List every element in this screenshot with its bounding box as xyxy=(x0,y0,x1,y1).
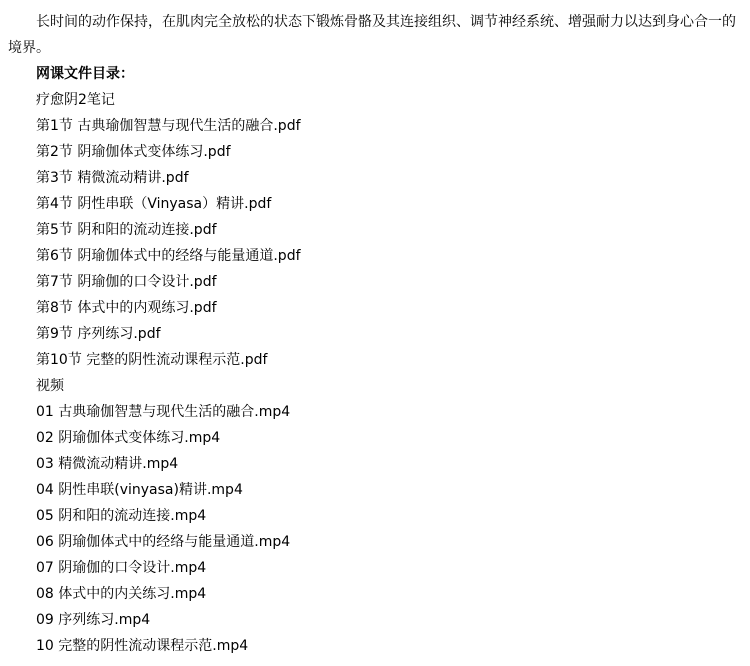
video-file-item: 07 阴瑜伽的口令设计.mp4 xyxy=(36,555,744,581)
video-file-item: 05 阴和阳的流动连接.mp4 xyxy=(36,503,744,529)
video-file-item: 04 阴性串联(vinyasa)精讲.mp4 xyxy=(36,477,744,503)
notes-section-label: 疗愈阴2笔记 xyxy=(36,87,744,113)
pdf-file-item: 第7节 阴瑜伽的口令设计.pdf xyxy=(36,269,744,295)
video-file-item: 10 完整的阴性流动课程示范.mp4 xyxy=(36,633,744,659)
video-file-item: 08 体式中的内关练习.mp4 xyxy=(36,581,744,607)
video-section-label: 视频 xyxy=(36,373,744,399)
pdf-file-item: 第6节 阴瑜伽体式中的经络与能量通道.pdf xyxy=(36,243,744,269)
video-file-item: 01 古典瑜伽智慧与现代生活的融合.mp4 xyxy=(36,399,744,425)
pdf-file-item: 第1节 古典瑜伽智慧与现代生活的融合.pdf xyxy=(36,113,744,139)
video-file-item: 09 序列练习.mp4 xyxy=(36,607,744,633)
file-catalog: 网课文件目录： 疗愈阴2笔记 第1节 古典瑜伽智慧与现代生活的融合.pdf 第2… xyxy=(8,61,744,659)
catalog-heading: 网课文件目录： xyxy=(36,61,744,87)
pdf-file-item: 第8节 体式中的内观练习.pdf xyxy=(36,295,744,321)
intro-paragraph: 长时间的动作保持，在肌肉完全放松的状态下锻炼骨骼及其连接组织、调节神经系统、增强… xyxy=(8,9,744,61)
pdf-file-item: 第2节 阴瑜伽体式变体练习.pdf xyxy=(36,139,744,165)
video-file-item: 06 阴瑜伽体式中的经络与能量通道.mp4 xyxy=(36,529,744,555)
pdf-file-item: 第9节 序列练习.pdf xyxy=(36,321,744,347)
video-file-item: 02 阴瑜伽体式变体练习.mp4 xyxy=(36,425,744,451)
pdf-file-item: 第10节 完整的阴性流动课程示范.pdf xyxy=(36,347,744,373)
document-body: 长时间的动作保持，在肌肉完全放松的状态下锻炼骨骼及其连接组织、调节神经系统、增强… xyxy=(8,9,744,659)
video-file-item: 03 精微流动精讲.mp4 xyxy=(36,451,744,477)
pdf-file-item: 第5节 阴和阳的流动连接.pdf xyxy=(36,217,744,243)
pdf-file-item: 第4节 阴性串联（Vinyasa）精讲.pdf xyxy=(36,191,744,217)
pdf-file-item: 第3节 精微流动精讲.pdf xyxy=(36,165,744,191)
